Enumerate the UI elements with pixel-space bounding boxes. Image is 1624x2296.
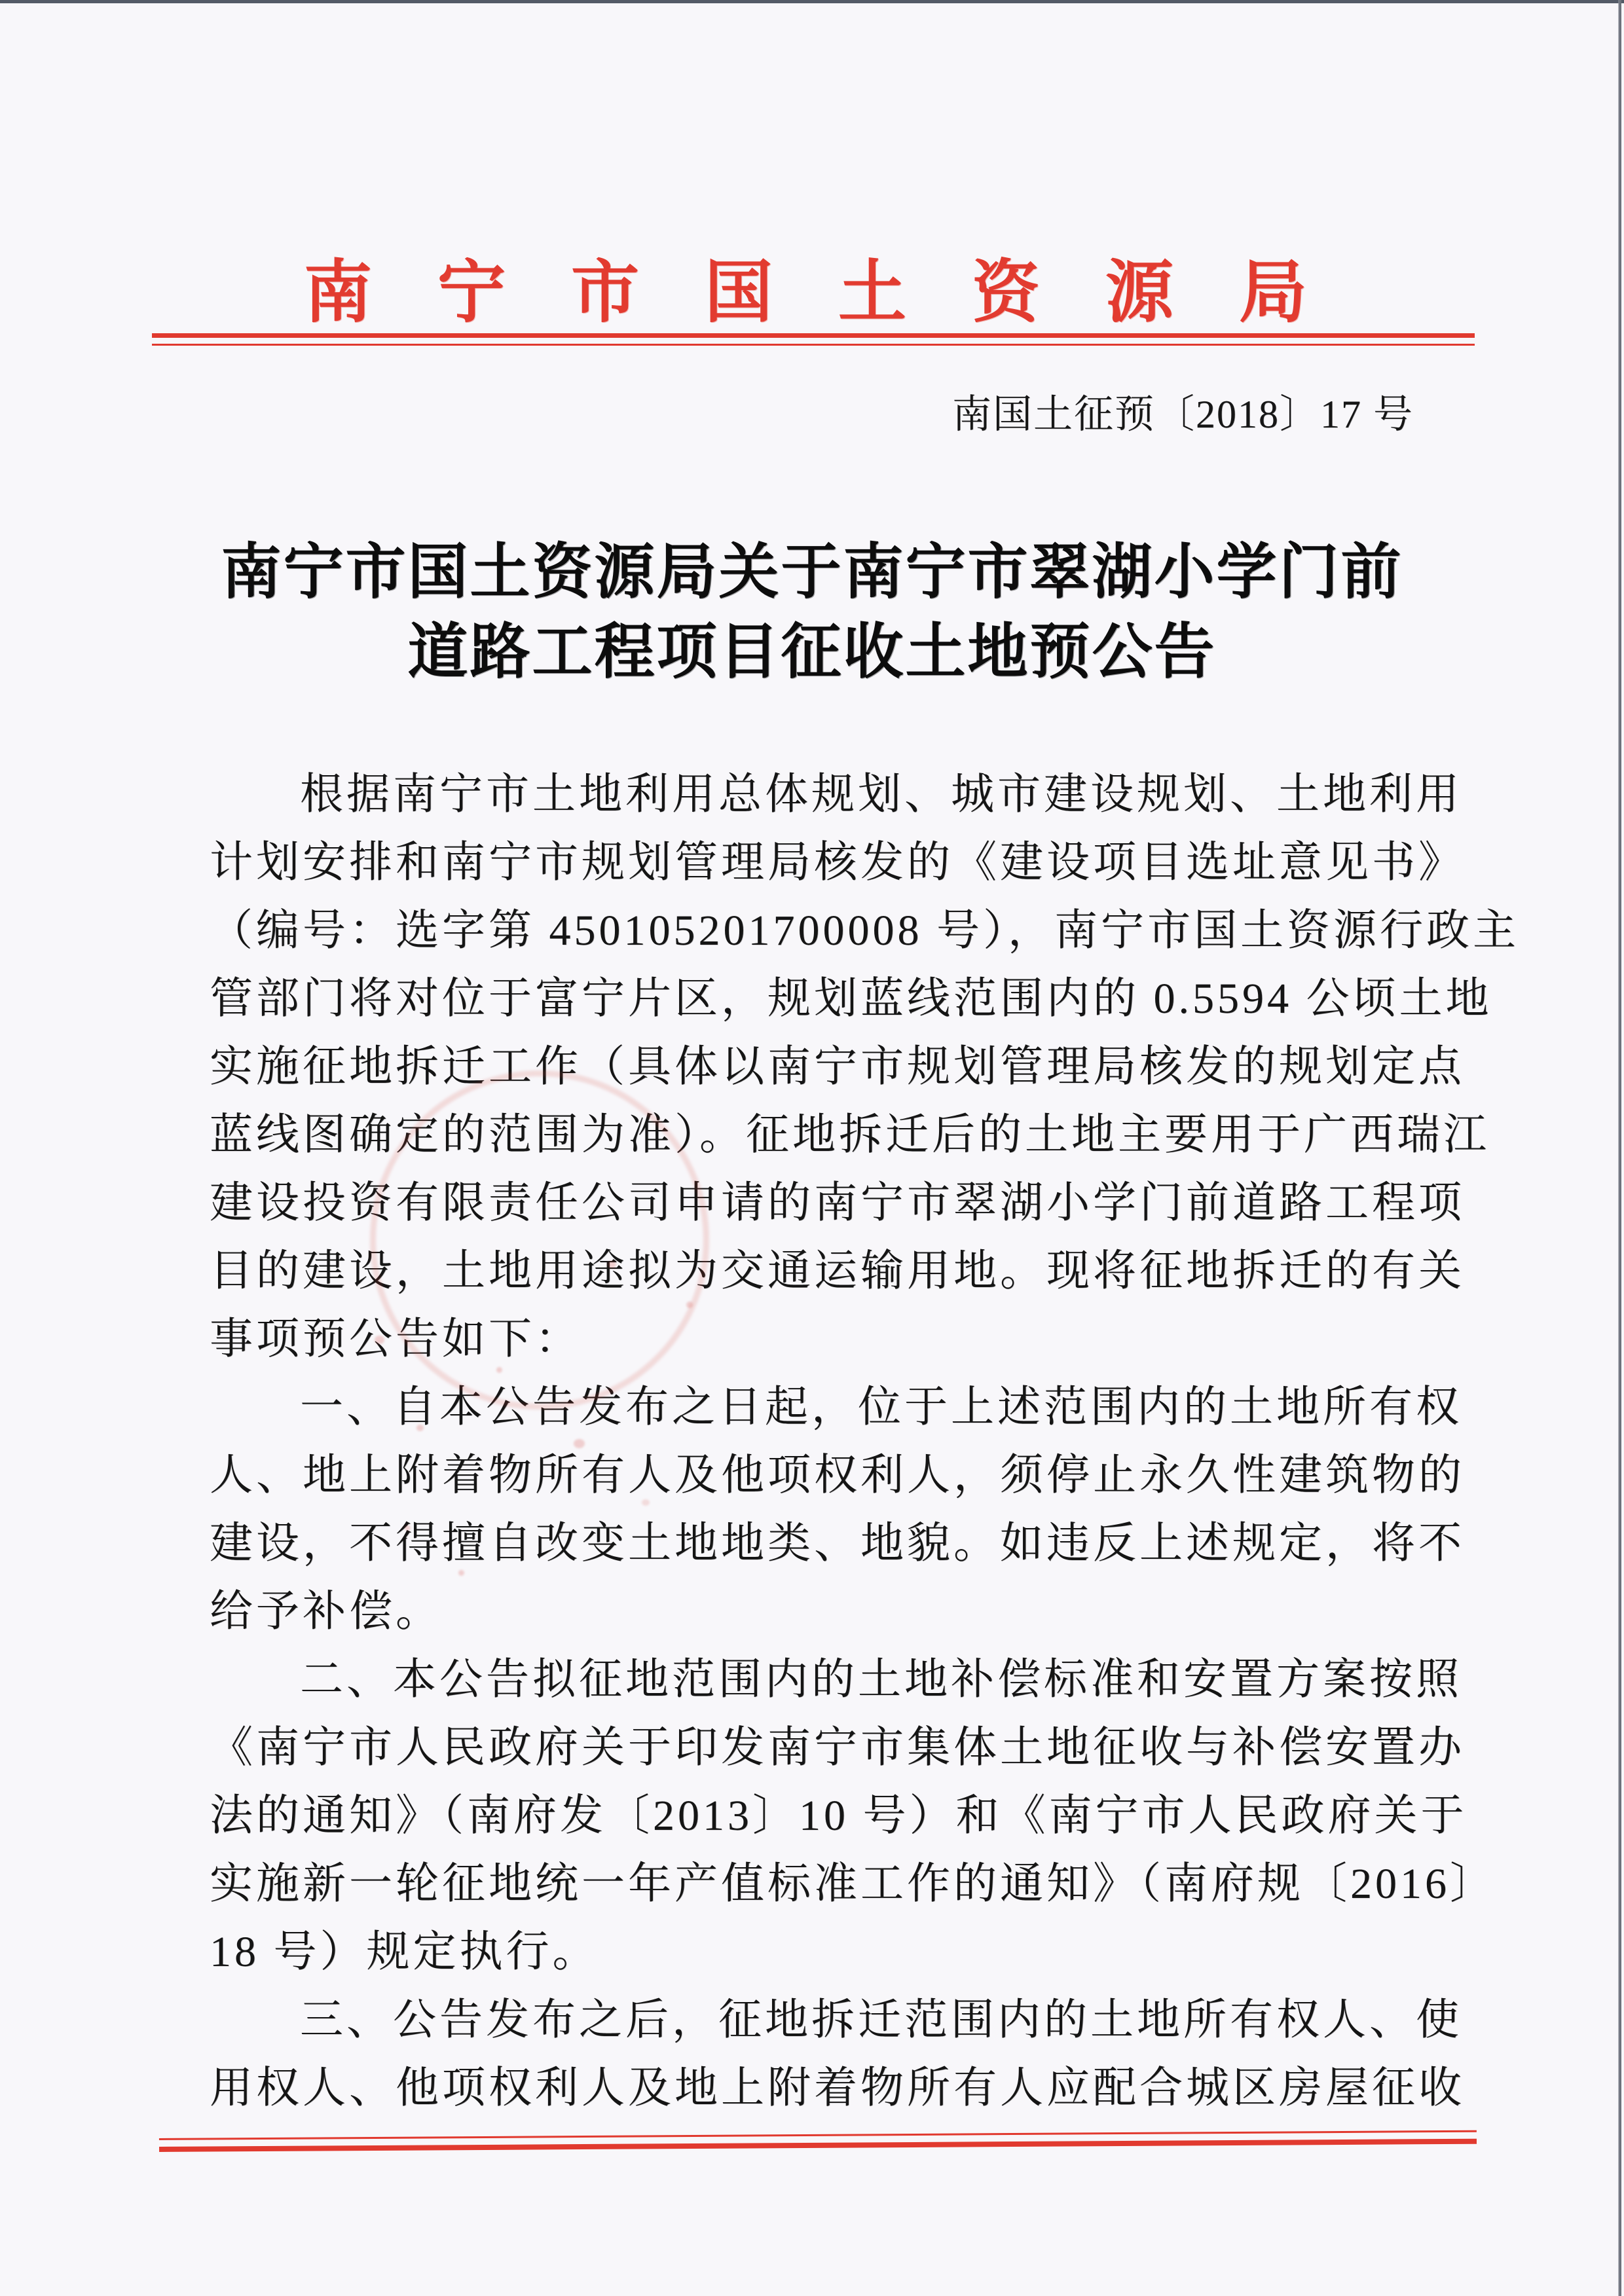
footer-rules: [159, 2128, 1477, 2155]
agency-letterhead: 南宁市国土资源局: [0, 237, 1624, 335]
seal-ink-speck: [686, 1302, 693, 1308]
body-line: 计划安排和南宁市规划管理局核发的《建设项目选址意见书》: [210, 829, 1441, 897]
document-body: 根据南宁市土地利用总体规划、城市建设规划、土地利用 计划安排和南宁市规划管理局核…: [210, 761, 1441, 2123]
body-line: 管部门将对位于富宁片区，规划蓝线范围内的 0.5594 公顷土地: [210, 965, 1441, 1033]
body-line: （编号：选字第 450105201700008 号），南宁市国土资源行政主: [210, 897, 1441, 965]
body-line: 实施征地拆迁工作（具体以南宁市规划管理局核发的规划定点: [210, 1033, 1441, 1101]
body-line: 用权人、他项权利人及地上附着物所有人应配合城区房屋征收: [210, 2054, 1441, 2123]
seal-ink-speck: [574, 1439, 585, 1448]
letterhead-rule-thick: [152, 333, 1475, 338]
body-line: 建设，不得擅自改变土地地类、地貌。如违反上述规定，将不: [210, 1510, 1441, 1578]
footer-rule-thin: [159, 2130, 1477, 2140]
body-line: 一、自本公告发布之日起，位于上述范围内的土地所有权: [210, 1374, 1441, 1442]
body-line: 《南宁市人民政府关于印发南宁市集体土地征收与补偿安置办: [210, 1714, 1441, 1782]
seal-ink-speck: [642, 1499, 650, 1506]
seal-ink-speck: [405, 1525, 411, 1531]
seal-ink-speck: [608, 1261, 616, 1268]
seal-ink-speck: [458, 1570, 464, 1576]
scan-right-edge-shadow: [1618, 0, 1619, 2296]
scan-top-edge: [0, 0, 1624, 3]
footer-rule-thick: [159, 2139, 1477, 2152]
seal-ink-speck: [496, 1367, 502, 1373]
body-line: 法的通知》（南府发〔2013〕10 号）和《南宁市人民政府关于: [210, 1782, 1441, 1850]
seal-ink-speck: [375, 1336, 384, 1344]
body-line: 二、本公告拟征地范围内的土地补偿标准和安置方案按照: [210, 1646, 1441, 1714]
official-seal-imprint: [370, 1070, 709, 1410]
body-line: 根据南宁市土地利用总体规划、城市建设规划、土地利用: [210, 761, 1441, 829]
body-line: 实施新一轮征地统一年产值标准工作的通知》（南府规〔2016〕: [210, 1850, 1441, 1918]
body-line: 18 号）规定执行。: [210, 1918, 1441, 1986]
document-title-line2: 道路工程项目征收土地预公告: [0, 604, 1624, 690]
body-line: 给予补偿。: [210, 1578, 1441, 1646]
document-title-line1: 南宁市国土资源局关于南宁市翠湖小学门前: [0, 524, 1624, 610]
body-line: 三、公告发布之后，征地拆迁范围内的土地所有权人、使: [210, 1986, 1441, 2054]
seal-ink-speck: [416, 1425, 424, 1431]
document-page: 南宁市国土资源局 南国土征预〔2018〕17 号 南宁市国土资源局关于南宁市翠湖…: [0, 0, 1624, 2296]
body-line: 人、地上附着物所有人及他项权利人，须停止永久性建筑物的: [210, 1442, 1441, 1510]
document-number: 南国土征预〔2018〕17 号: [952, 383, 1414, 439]
letterhead-rule-thin: [152, 344, 1475, 346]
